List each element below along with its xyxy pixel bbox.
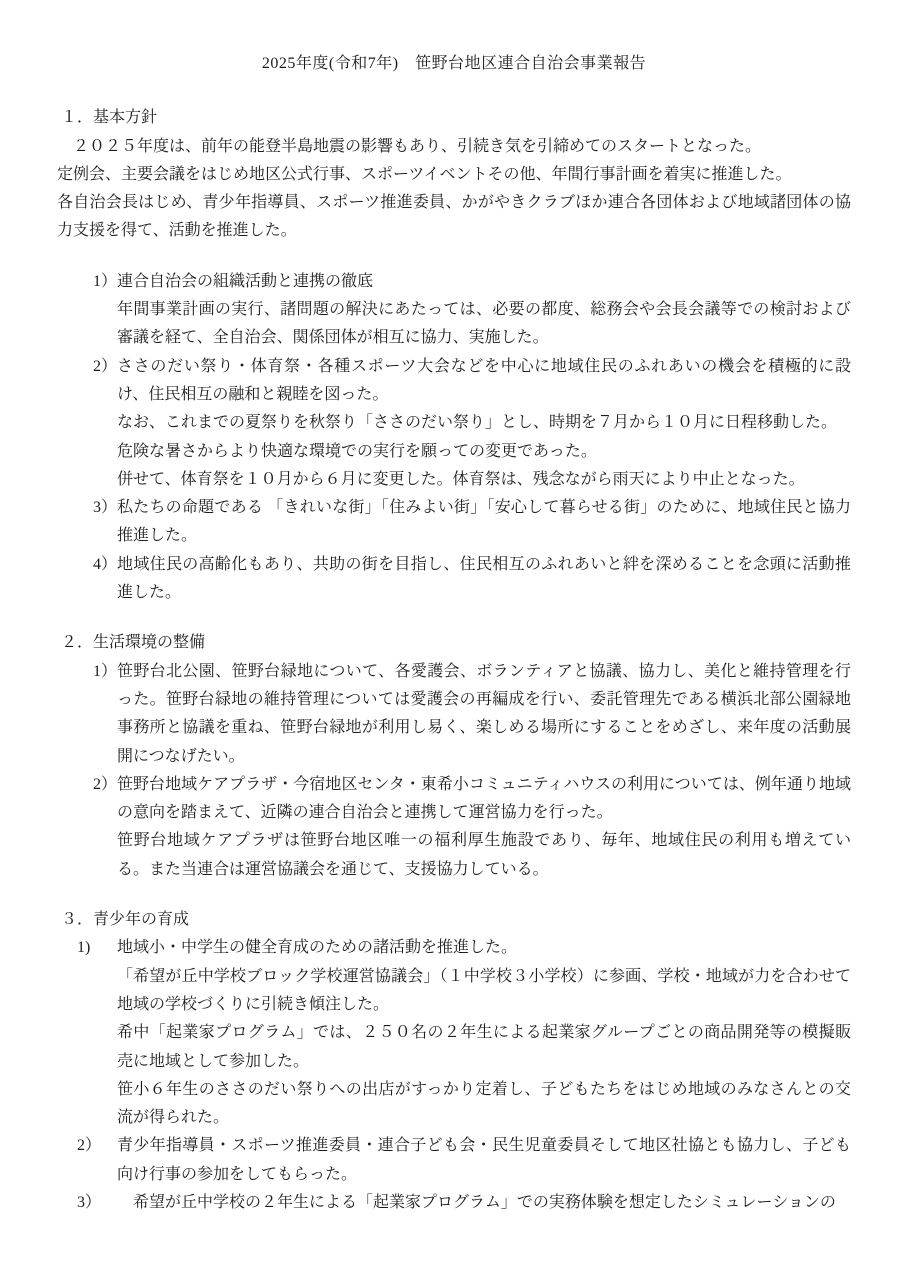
item-body: 連合自治会の組織活動と連携の徹底年間事業計画の実行、諸問題の解決にあたっては、必… — [117, 268, 851, 353]
item-body: 希望が丘中学校の２年生による「起業家プログラム」での実務体験を想定したシミュレー… — [117, 1189, 851, 1217]
section-intro: ２０２５年度は、前年の能登半島地震の影響もあり、引続き気を引締めてのスタートとな… — [57, 133, 851, 246]
list-item: 3） 希望が丘中学校の２年生による「起業家プログラム」での実務体験を想定したシミ… — [57, 1189, 851, 1217]
item-body: 笹野台北公園、笹野台緑地について、各愛護会、ボランティアと協議、協力し、美化と維… — [117, 658, 851, 771]
list-item: 1)地域小・中学生の健全育成のための諸活動を推進した。「希望が丘中学校ブロック学… — [57, 934, 851, 1132]
list-item: 2）笹野台地域ケアプラザ・今宿地区センタ・東希小コミュニティハウスの利用について… — [57, 771, 851, 884]
section: １．基本方針 ２０２５年度は、前年の能登半島地震の影響もあり、引続き気を引締めて… — [57, 104, 851, 607]
section: ３．青少年の育成1)地域小・中学生の健全育成のための諸活動を推進した。「希望が丘… — [57, 906, 851, 1217]
document-page: 2025年度(令和7年) 笹野台地区連合自治会事業報告 １．基本方針 ２０２５年… — [0, 0, 904, 1280]
item-paragraph: 連合自治会の組織活動と連携の徹底 — [117, 268, 851, 296]
item-number: 1) — [77, 934, 90, 962]
item-paragraph: 笹野台北公園、笹野台緑地について、各愛護会、ボランティアと協議、協力し、美化と維… — [117, 658, 851, 771]
item-paragraph: 笹野台地域ケアプラザ・今宿地区センタ・東希小コミュニティハウスの利用については、… — [117, 771, 851, 828]
item-paragraph: 希望が丘中学校の２年生による「起業家プログラム」での実務体験を想定したシミュレー… — [117, 1189, 851, 1217]
section-heading: ３．青少年の育成 — [61, 906, 851, 934]
section-heading: １．基本方針 — [61, 104, 851, 132]
section: ２．生活環境の整備1）笹野台北公園、笹野台緑地について、各愛護会、ボランティアと… — [57, 629, 851, 884]
item-paragraph: 青少年指導員・スポーツ推進委員・連合子ども会・民生児童委員そして地区社協とも協力… — [117, 1132, 851, 1189]
item-body: 私たちの命題である 「きれいな街」「住みよい街」「安心して暮らせる街」のために、… — [117, 494, 851, 551]
item-number: 2） — [93, 353, 117, 381]
item-number: 1） — [93, 658, 117, 686]
item-paragraph: 笹野台地域ケアプラザは笹野台地区唯一の福利厚生施設であり、毎年、地域住民の利用も… — [117, 827, 851, 884]
document-body: １．基本方針 ２０２５年度は、前年の能登半島地震の影響もあり、引続き気を引締めて… — [57, 104, 851, 1217]
item-body: 地域小・中学生の健全育成のための諸活動を推進した。「希望が丘中学校ブロック学校運… — [117, 934, 851, 1132]
section-items: 1)地域小・中学生の健全育成のための諸活動を推進した。「希望が丘中学校ブロック学… — [57, 934, 851, 1217]
list-item: 4）地域住民の高齢化もあり、共助の街を目指し、住民相互のふれあいと絆を深めること… — [57, 551, 851, 608]
item-paragraph: 笹小６年生のささのだい祭りへの出店がすっかり定着し、子どもたちをはじめ地域のみな… — [117, 1076, 851, 1133]
item-number: 4） — [93, 551, 117, 579]
item-number: 3） — [77, 1189, 101, 1217]
item-paragraph: ささのだい祭り・体育祭・各種スポーツ大会などを中心に地域住民のふれあいの機会を積… — [117, 353, 851, 410]
intro-paragraph: 各自治会長はじめ、青少年指導員、スポーツ推進委員、かがやきクラブほか連合各団体お… — [57, 189, 851, 246]
item-paragraph: 地域住民の高齢化もあり、共助の街を目指し、住民相互のふれあいと絆を深めることを念… — [117, 551, 851, 608]
list-item: 1）連合自治会の組織活動と連携の徹底年間事業計画の実行、諸問題の解決にあたっては… — [57, 268, 851, 353]
item-body: 地域住民の高齢化もあり、共助の街を目指し、住民相互のふれあいと絆を深めることを念… — [117, 551, 851, 608]
item-number: 2） — [77, 1132, 101, 1160]
list-item: 2）ささのだい祭り・体育祭・各種スポーツ大会などを中心に地域住民のふれあいの機会… — [57, 353, 851, 494]
item-number: 3） — [93, 494, 117, 522]
list-item: 3）私たちの命題である 「きれいな街」「住みよい街」「安心して暮らせる街」のため… — [57, 494, 851, 551]
item-body: ささのだい祭り・体育祭・各種スポーツ大会などを中心に地域住民のふれあいの機会を積… — [117, 353, 851, 494]
item-body: 笹野台地域ケアプラザ・今宿地区センタ・東希小コミュニティハウスの利用については、… — [117, 771, 851, 884]
section-items: 1）笹野台北公園、笹野台緑地について、各愛護会、ボランティアと協議、協力し、美化… — [57, 658, 851, 884]
section-items: 1）連合自治会の組織活動と連携の徹底年間事業計画の実行、諸問題の解決にあたっては… — [57, 268, 851, 608]
section-heading: ２．生活環境の整備 — [61, 629, 851, 657]
intro-paragraph: ２０２５年度は、前年の能登半島地震の影響もあり、引続き気を引締めてのスタートとな… — [57, 133, 851, 161]
list-item: 1）笹野台北公園、笹野台緑地について、各愛護会、ボランティアと協議、協力し、美化… — [57, 658, 851, 771]
item-paragraph: なお、これまでの夏祭りを秋祭り「ささのだい祭り」とし、時期を７月から１０月に日程… — [117, 409, 851, 437]
item-number: 2） — [93, 771, 117, 799]
item-paragraph: 私たちの命題である 「きれいな街」「住みよい街」「安心して暮らせる街」のために、… — [117, 494, 851, 551]
item-paragraph: 「希望が丘中学校ブロック学校運営協議会」（１中学校３小学校）に参画、学校・地域が… — [117, 963, 851, 1020]
item-number: 1） — [93, 268, 117, 296]
item-paragraph: 併せて、体育祭を１０月から６月に変更した。体育祭は、残念ながら雨天により中止とな… — [117, 466, 851, 494]
item-paragraph: 希中「起業家プログラム」では、２５０名の２年生による起業家グループごとの商品開発… — [117, 1019, 851, 1076]
item-paragraph: 危険な暑さからより快適な環境での実行を願っての変更であった。 — [117, 438, 851, 466]
item-body: 青少年指導員・スポーツ推進委員・連合子ども会・民生児童委員そして地区社協とも協力… — [117, 1132, 851, 1189]
list-item: 2）青少年指導員・スポーツ推進委員・連合子ども会・民生児童委員そして地区社協とも… — [57, 1132, 851, 1189]
intro-paragraph: 定例会、主要会議をはじめ地区公式行事、スポーツイベントその他、年間行事計画を着実… — [57, 161, 851, 189]
document-title: 2025年度(令和7年) 笹野台地区連合自治会事業報告 — [57, 50, 851, 78]
item-paragraph: 年間事業計画の実行、諸問題の解決にあたっては、必要の都度、総務会や会長会議等での… — [117, 296, 851, 353]
item-paragraph: 地域小・中学生の健全育成のための諸活動を推進した。 — [117, 934, 851, 962]
